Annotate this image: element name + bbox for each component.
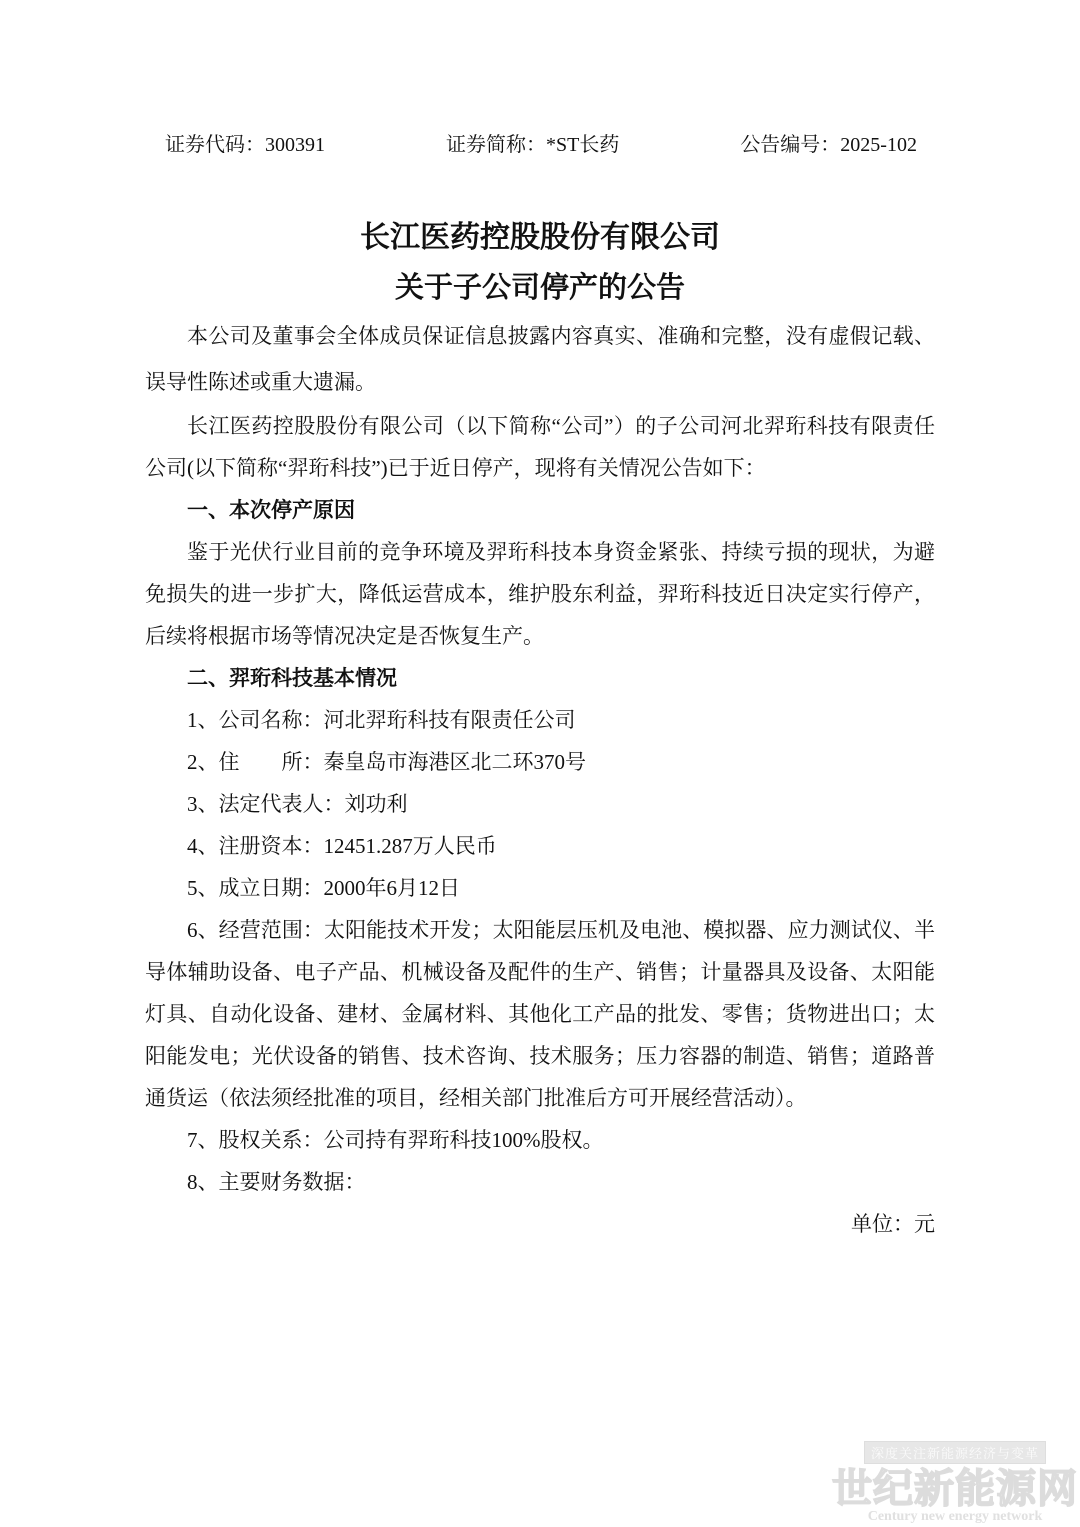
list-item-address: 2、住 所：秦皇岛市海港区北二环370号 — [145, 741, 935, 783]
list-item-financial-data: 8、主要财务数据： — [145, 1161, 935, 1203]
list-item-legal-representative: 3、法定代表人：刘功利 — [145, 783, 935, 825]
section1-body: 鉴于光伏行业目前的竞争环境及羿珩科技本身资金紧张、持续亏损的现状，为避免损失的进… — [145, 531, 935, 657]
announcement-title: 关于子公司停产的公告 — [145, 263, 935, 313]
document-body: 本公司及董事会全体成员保证信息披露内容真实、准确和完整，没有虚假记载、误导性陈述… — [145, 313, 935, 1245]
company-name-title: 长江医药控股股份有限公司 — [145, 213, 935, 263]
stock-short-name: 证券简称：*ST长药 — [446, 133, 619, 157]
disclaimer-paragraph: 本公司及董事会全体成员保证信息披露内容真实、准确和完整，没有虚假记载、误导性陈述… — [145, 313, 935, 405]
list-item-registered-capital: 4、注册资本：12451.287万人民币 — [145, 825, 935, 867]
section2-heading: 二、羿珩科技基本情况 — [145, 657, 935, 699]
list-item-equity-relation: 7、股权关系：公司持有羿珩科技100%股权。 — [145, 1119, 935, 1161]
watermark-tagline: 深度关注新能源经济与变革 — [864, 1441, 1046, 1464]
unit-note: 单位：元 — [145, 1203, 935, 1245]
announcement-page: 证券代码：300391 证券简称：*ST长药 公告编号：2025-102 长江医… — [0, 0, 1080, 1527]
section1-heading: 一、本次停产原因 — [145, 489, 935, 531]
list-item-business-scope: 6、经营范围：太阳能技术开发；太阳能层压机及电池、模拟器、应力测试仪、半导体辅助… — [145, 909, 935, 1119]
intro-paragraph: 长江医药控股股份有限公司（以下简称“公司”）的子公司河北羿珩科技有限责任公司(以… — [145, 405, 935, 489]
stock-code: 证券代码：300391 — [165, 133, 325, 157]
securities-header: 证券代码：300391 证券简称：*ST长药 公告编号：2025-102 — [145, 133, 935, 157]
title-block: 长江医药控股股份有限公司 关于子公司停产的公告 — [145, 213, 935, 313]
watermark-logo-text: 世纪新能源网 — [830, 1466, 1080, 1512]
list-item-company-name: 1、公司名称：河北羿珩科技有限责任公司 — [145, 699, 935, 741]
announcement-number: 公告编号：2025-102 — [740, 133, 917, 157]
watermark: 深度关注新能源经济与变革 世纪新能源网 Century new energy n… — [830, 1441, 1080, 1525]
list-item-establishment-date: 5、成立日期：2000年6月12日 — [145, 867, 935, 909]
